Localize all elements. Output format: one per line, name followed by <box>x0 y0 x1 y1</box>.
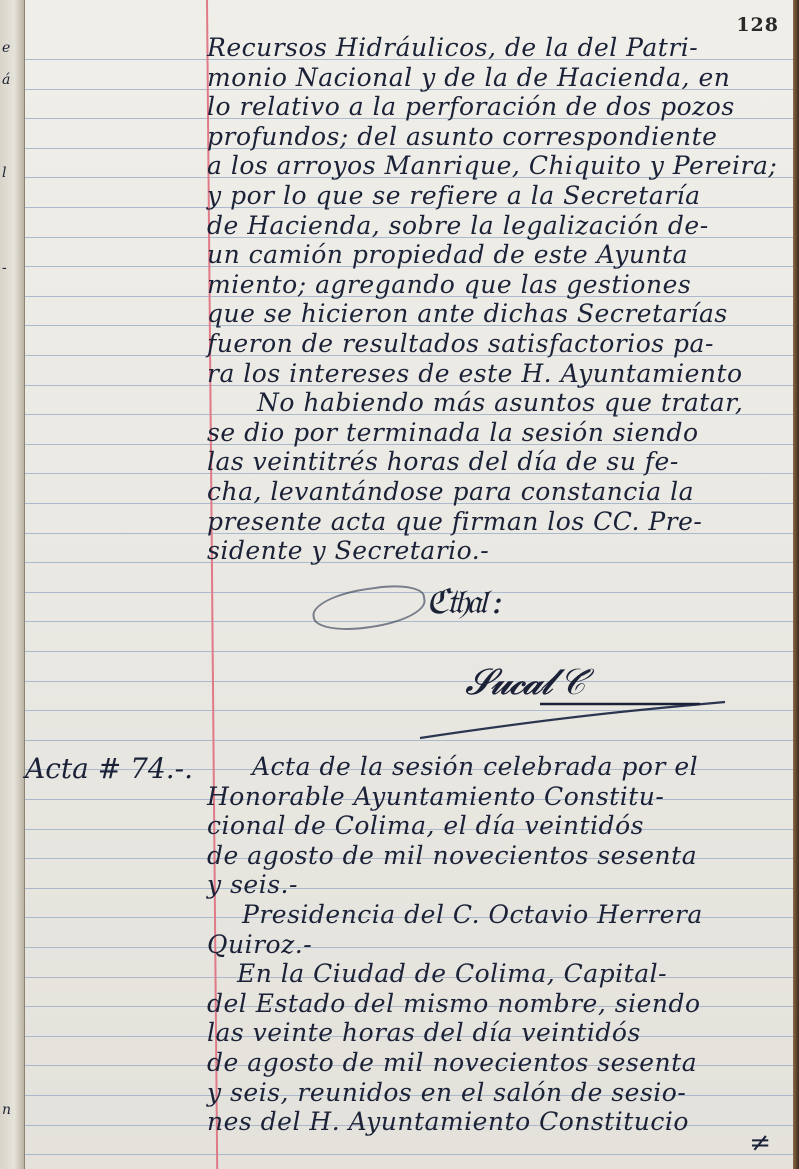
handwritten-line: de Hacienda, sobre la legalización de- <box>207 211 709 240</box>
handwritten-line: Recursos Hidráulicos, de la del Patri- <box>207 33 698 62</box>
handwritten-line: Acta de la sesión celebrada por el <box>252 752 698 781</box>
handwritten-line: de agosto de mil novecientos sesenta <box>207 841 697 870</box>
left-page-fragment: l <box>2 165 6 181</box>
book-cover-edge <box>793 0 799 1169</box>
handwritten-line: Presidencia del C. Octavio Herrera <box>242 900 703 929</box>
handwritten-line: nes del H. Ayuntamiento Constitucio <box>207 1107 689 1136</box>
rule-line <box>25 651 793 652</box>
handwritten-line: En la Ciudad de Colima, Capital- <box>237 959 667 988</box>
handwritten-line: presente acta que firman los CC. Pre- <box>207 507 702 536</box>
secretary-signature: [firma] 𝓢𝓾𝓬𝓪𝓵 𝒞́ <box>465 662 582 704</box>
handwritten-line: monio Nacional y de la de Hacienda, en <box>207 63 730 92</box>
handwritten-line: de agosto de mil novecientos sesenta <box>207 1048 697 1077</box>
rule-line <box>25 740 793 741</box>
handwritten-line: las veintitrés horas del día de su fe- <box>207 447 679 476</box>
rule-line <box>25 1154 793 1155</box>
handwritten-line: y seis, reunidos en el salón de sesio- <box>207 1078 686 1107</box>
left-page-fragment: - <box>2 260 7 276</box>
handwritten-line: y por lo que se refiere a la Secretaría <box>207 181 701 210</box>
rule-line <box>25 681 793 682</box>
handwritten-line: las veinte horas del día veintidós <box>207 1018 641 1047</box>
handwritten-line: que se hicieron ante dichas Secretarías <box>207 299 728 328</box>
page-number: 128 <box>736 14 779 36</box>
handwritten-line: fueron de resultados satisfactorios pa- <box>207 329 714 358</box>
handwritten-line: cha, levantándose para constancia la <box>207 477 694 506</box>
handwritten-line: y seis.- <box>207 870 298 899</box>
ledger-photo: e á l - n 128 Recursos Hidráulicos, de l… <box>0 0 799 1169</box>
president-signature: [firma] ℭ𝔱𝔥𝔞𝔩 : <box>320 582 500 622</box>
handwritten-line: Honorable Ayuntamiento Constitu- <box>207 782 664 811</box>
left-page-fragment: n <box>2 1102 11 1118</box>
left-page-fragment: e <box>2 40 10 56</box>
handwritten-line: del Estado del mismo nombre, siendo <box>207 989 701 1018</box>
rule-line <box>25 888 793 889</box>
handwritten-line: a los arroyos Manrique, Chiquito y Perei… <box>207 151 777 180</box>
handwritten-line: Quiroz.- <box>207 930 312 959</box>
handwritten-line: un camión propiedad de este Ayunta <box>207 240 688 269</box>
acta-number-heading: Acta # 74.-. <box>25 752 193 785</box>
handwritten-line: miento; agregando que las gestiones <box>207 270 691 299</box>
end-of-page-mark: ≠ <box>749 1128 771 1158</box>
handwritten-line: se dio por terminada la sesión siendo <box>207 418 699 447</box>
handwritten-line: lo relativo a la perforación de dos pozo… <box>207 92 735 121</box>
ledger-page: 128 Recursos Hidráulicos, de la del Patr… <box>25 0 793 1169</box>
signature-underline-flourish <box>420 700 730 740</box>
handwritten-line: ra los intereses de este H. Ayuntamiento <box>207 359 743 388</box>
handwritten-line: sidente y Secretario.- <box>207 536 489 565</box>
rule-line <box>25 947 793 948</box>
handwritten-line: cional de Colima, el día veintidós <box>207 811 644 840</box>
adjacent-left-page-edge: e á l - n <box>0 0 25 1169</box>
left-page-fragment: á <box>2 72 10 88</box>
handwritten-line: profundos; del asunto correspondiente <box>207 122 717 151</box>
handwritten-line: No habiendo más asuntos que tratar, <box>257 388 743 417</box>
